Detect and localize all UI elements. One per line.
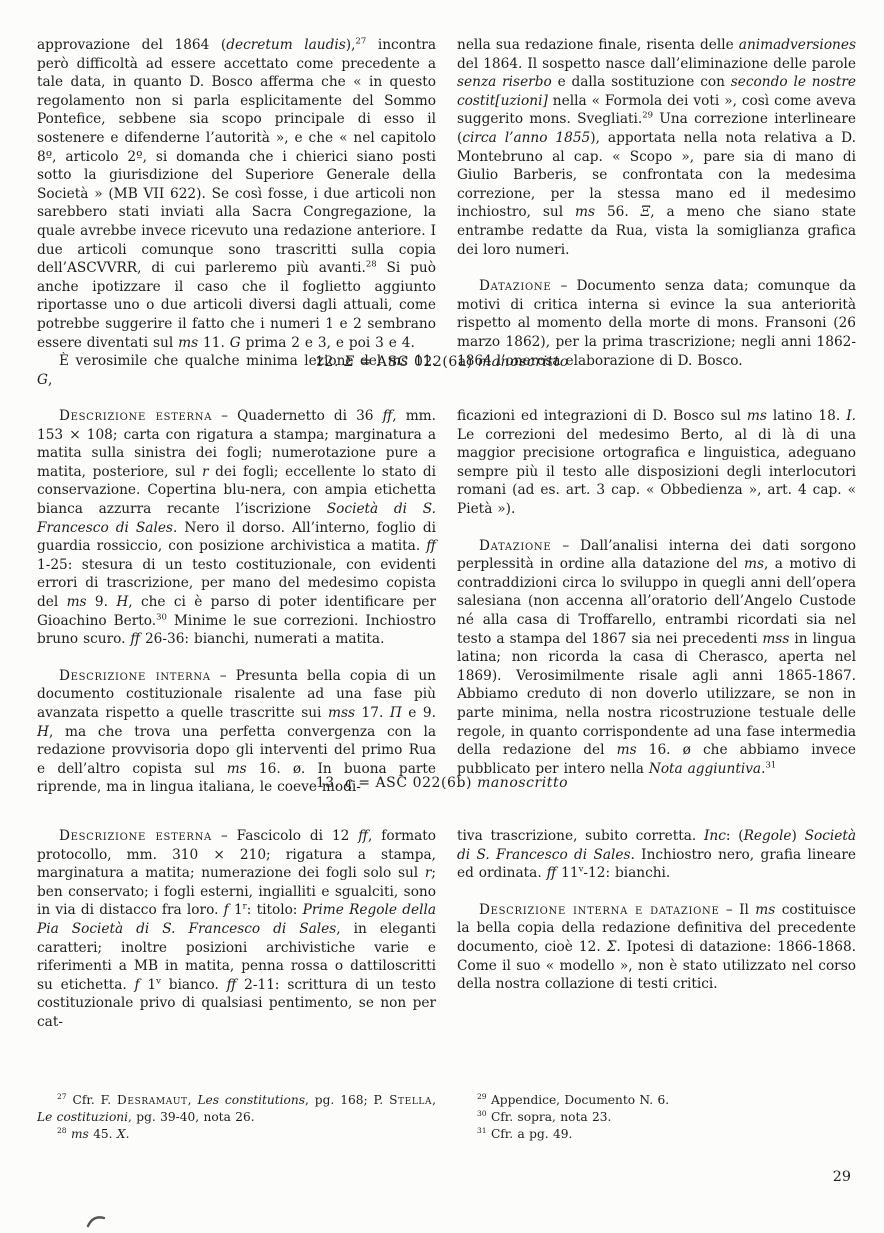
section-13-columns: Descrizione esterna – Fascicolo di 12 ff… [37,827,856,1032]
footnotes: 27 Cfr. F. Desramaut, Les constitutions,… [37,1092,856,1143]
footnote-31: 31 Cfr. a pg. 49. [457,1126,856,1143]
page-number: 29 [833,1168,851,1187]
footnote-27: 27 Cfr. F. Desramaut, Les constitutions,… [37,1092,436,1126]
intro-left-column: approvazione del 1864 (decretum laudis),… [37,36,436,389]
paragraph: tiva trascrizione, subito corretta. Inc:… [457,827,856,883]
section-13-right-column: tiva trascrizione, subito corretta. Inc:… [457,827,856,1032]
paragraph: approvazione del 1864 (decretum laudis),… [37,36,436,352]
paragraph-descrizione-esterna: Descrizione esterna – Quadernetto di 36 … [37,407,436,649]
paragraph-datazione: Datazione – Dall’analisi interna dei dat… [457,537,856,779]
intro-columns: approvazione del 1864 (decretum laudis),… [37,36,856,389]
footnote-29: 29 Appendice, Documento N. 6. [457,1092,856,1109]
section-13-heading: 13. ς = ASC 022(6b) manoscritto [0,774,884,793]
footnotes-right-column: 29 Appendice, Documento N. 6. 30 Cfr. so… [457,1092,856,1143]
section-12-heading: 12. Σ = ASC 022(6a) manoscritto [0,353,884,372]
footnote-28: 28 ms 45. X. [37,1126,436,1143]
paragraph: ficazioni ed integrazioni di D. Bosco su… [457,407,856,519]
footnote-30: 30 Cfr. sopra, nota 23. [457,1109,856,1126]
section-12-right-column: ficazioni ed integrazioni di D. Bosco su… [457,407,856,797]
paragraph: nella sua redazione finale, risenta dell… [457,36,856,259]
section-13-left-column: Descrizione esterna – Fascicolo di 12 ff… [37,827,436,1032]
section-12-left-column: Descrizione esterna – Quadernetto di 36 … [37,407,436,797]
paragraph-descrizione-esterna: Descrizione esterna – Fascicolo di 12 ff… [37,827,436,1032]
ink-mark [86,1212,108,1230]
footnotes-left-column: 27 Cfr. F. Desramaut, Les constitutions,… [37,1092,436,1143]
intro-right-column: nella sua redazione finale, risenta dell… [457,36,856,389]
book-page: approvazione del 1864 (decretum laudis),… [0,0,884,1233]
paragraph-descrizione-interna-datazione: Descrizione interna e datazione – Il ms … [457,901,856,994]
section-12-columns: Descrizione esterna – Quadernetto di 36 … [37,407,856,797]
